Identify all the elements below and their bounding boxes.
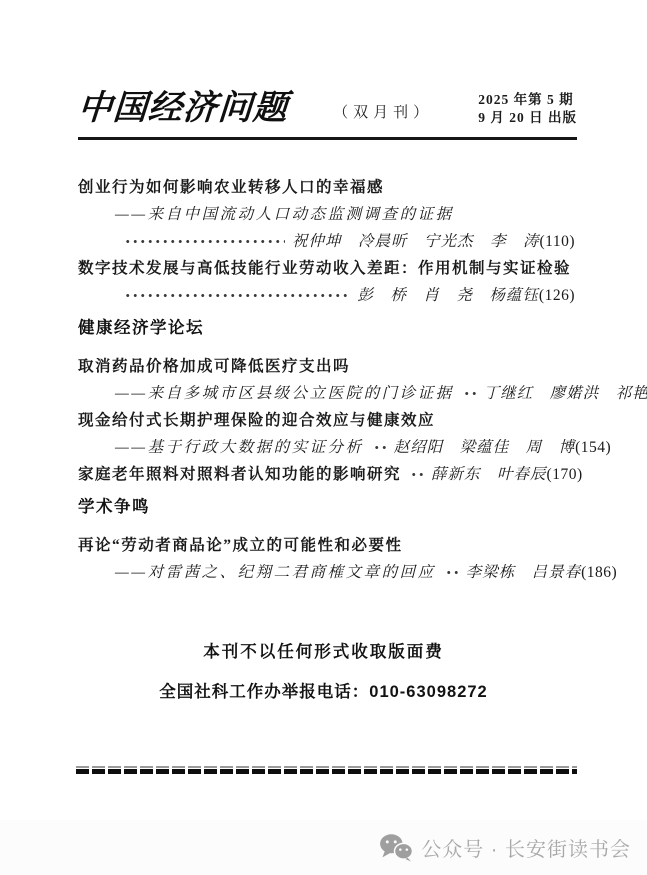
issue-number: 2025 年第 5 期 xyxy=(478,91,577,109)
header-rule xyxy=(78,137,577,140)
toc-line: 创业行为如何影响农业转移人口的幸福感 xyxy=(78,174,575,201)
article-subtitle: ——对雷茜之、纪翔二君商榷文章的回应 xyxy=(115,559,436,586)
article-page-number: (186) xyxy=(581,559,617,586)
article-subtitle: ——来自中国流动人口动态监测调查的证据 xyxy=(115,201,454,228)
dashed-rule-thin xyxy=(76,766,577,768)
toc-line: 彭 桥 肖 尧 杨蕴钰(126) xyxy=(78,282,575,309)
bottom-dashed-rule xyxy=(76,766,577,774)
article-title: 现金给付式长期护理保险的迎合效应与健康效应 xyxy=(78,407,435,434)
toc-line: ——来自多城市区县级公立医院的门诊证据丁继红 廖婼洪 祁艳玲(142) xyxy=(78,380,575,407)
toc-line: 数字技术发展与高低技能行业劳动收入差距：作用机制与实证检验 xyxy=(78,255,575,282)
article-authors: 赵绍阳 梁蕴佳 周 博 xyxy=(394,434,576,461)
article-page-number: (154) xyxy=(575,434,611,461)
wechat-icon xyxy=(379,833,413,862)
article-authors: 祝仲坤 冷晨昕 宁光杰 李 涛 xyxy=(292,228,540,255)
footer-notices: 本刊不以任何形式收取版面费 全国社科工作办举报电话：010-63098272 xyxy=(0,638,647,702)
article-authors: 薛新东 叶春辰 xyxy=(431,461,547,488)
article-title: 取消药品价格加成可降低医疗支出吗 xyxy=(78,353,350,380)
journal-header: 中国经济问题 （双月刊） 2025 年第 5 期 9 月 20 日 出版 xyxy=(78,86,577,140)
toc-line: ——基于行政大数据的实证分析赵绍阳 梁蕴佳 周 博(154) xyxy=(78,434,575,461)
toc-line: 现金给付式长期护理保险的迎合效应与健康效应 xyxy=(78,407,575,434)
journal-toc-page: 中国经济问题 （双月刊） 2025 年第 5 期 9 月 20 日 出版 创业行… xyxy=(0,0,647,875)
article-authors: 李梁栋 吕景春 xyxy=(466,559,582,586)
article-title: 数字技术发展与高低技能行业劳动收入差距：作用机制与实证检验 xyxy=(78,255,571,282)
toc-line: 再论“劳动者商品论”成立的可能性和必要性 xyxy=(78,532,575,559)
dot-leader xyxy=(445,559,459,586)
wechat-account-label: 公众号 · 长安街读书会 xyxy=(421,833,631,862)
dot-leader xyxy=(373,434,387,461)
toc: 创业行为如何影响农业转移人口的幸福感——来自中国流动人口动态监测调查的证据祝仲坤… xyxy=(78,174,575,586)
dot-leader xyxy=(124,282,350,309)
journal-title: 中国经济问题 xyxy=(76,86,289,130)
wechat-account-bar: 公众号 · 长安街读书会 xyxy=(0,820,647,875)
toc-line: ——对雷茜之、纪翔二君商榷文章的回应李梁栋 吕景春(186) xyxy=(78,559,575,586)
article-title: 创业行为如何影响农业转移人口的幸福感 xyxy=(78,174,384,201)
article-page-number: (170) xyxy=(547,461,583,488)
no-page-fee-notice: 本刊不以任何形式收取版面费 xyxy=(0,638,647,662)
article-authors: 彭 桥 肖 尧 杨蕴钰 xyxy=(357,282,539,309)
dot-leader xyxy=(463,380,477,407)
article-subtitle: ——来自多城市区县级公立医院的门诊证据 xyxy=(115,380,454,407)
article-title: 再论“劳动者商品论”成立的可能性和必要性 xyxy=(78,532,403,559)
report-hotline: 全国社科工作办举报电话：010-63098272 xyxy=(0,678,647,702)
article-authors: 丁继红 廖婼洪 祁艳玲 xyxy=(484,380,647,407)
article-title: 家庭老年照料对照料者认知功能的影响研究 xyxy=(78,461,401,488)
dashed-rule-thick xyxy=(76,769,577,774)
toc-line: 取消药品价格加成可降低医疗支出吗 xyxy=(78,353,575,380)
issue-info: 2025 年第 5 期 9 月 20 日 出版 xyxy=(478,91,577,127)
toc-line: ——来自中国流动人口动态监测调查的证据 xyxy=(78,201,575,228)
dot-leader xyxy=(410,461,424,488)
toc-line: 祝仲坤 冷晨昕 宁光杰 李 涛(110) xyxy=(78,228,575,255)
section-title: 学术争鸣 xyxy=(78,494,575,521)
journal-frequency: （双月刊） xyxy=(333,101,433,122)
dot-leader xyxy=(124,228,285,255)
section-title: 健康经济学论坛 xyxy=(78,315,575,342)
article-page-number: (126) xyxy=(539,282,575,309)
publish-date: 9 月 20 日 出版 xyxy=(478,109,577,127)
article-subtitle: ——基于行政大数据的实证分析 xyxy=(115,434,364,461)
toc-line: 家庭老年照料对照料者认知功能的影响研究薛新东 叶春辰(170) xyxy=(78,461,575,488)
article-page-number: (110) xyxy=(540,228,576,255)
